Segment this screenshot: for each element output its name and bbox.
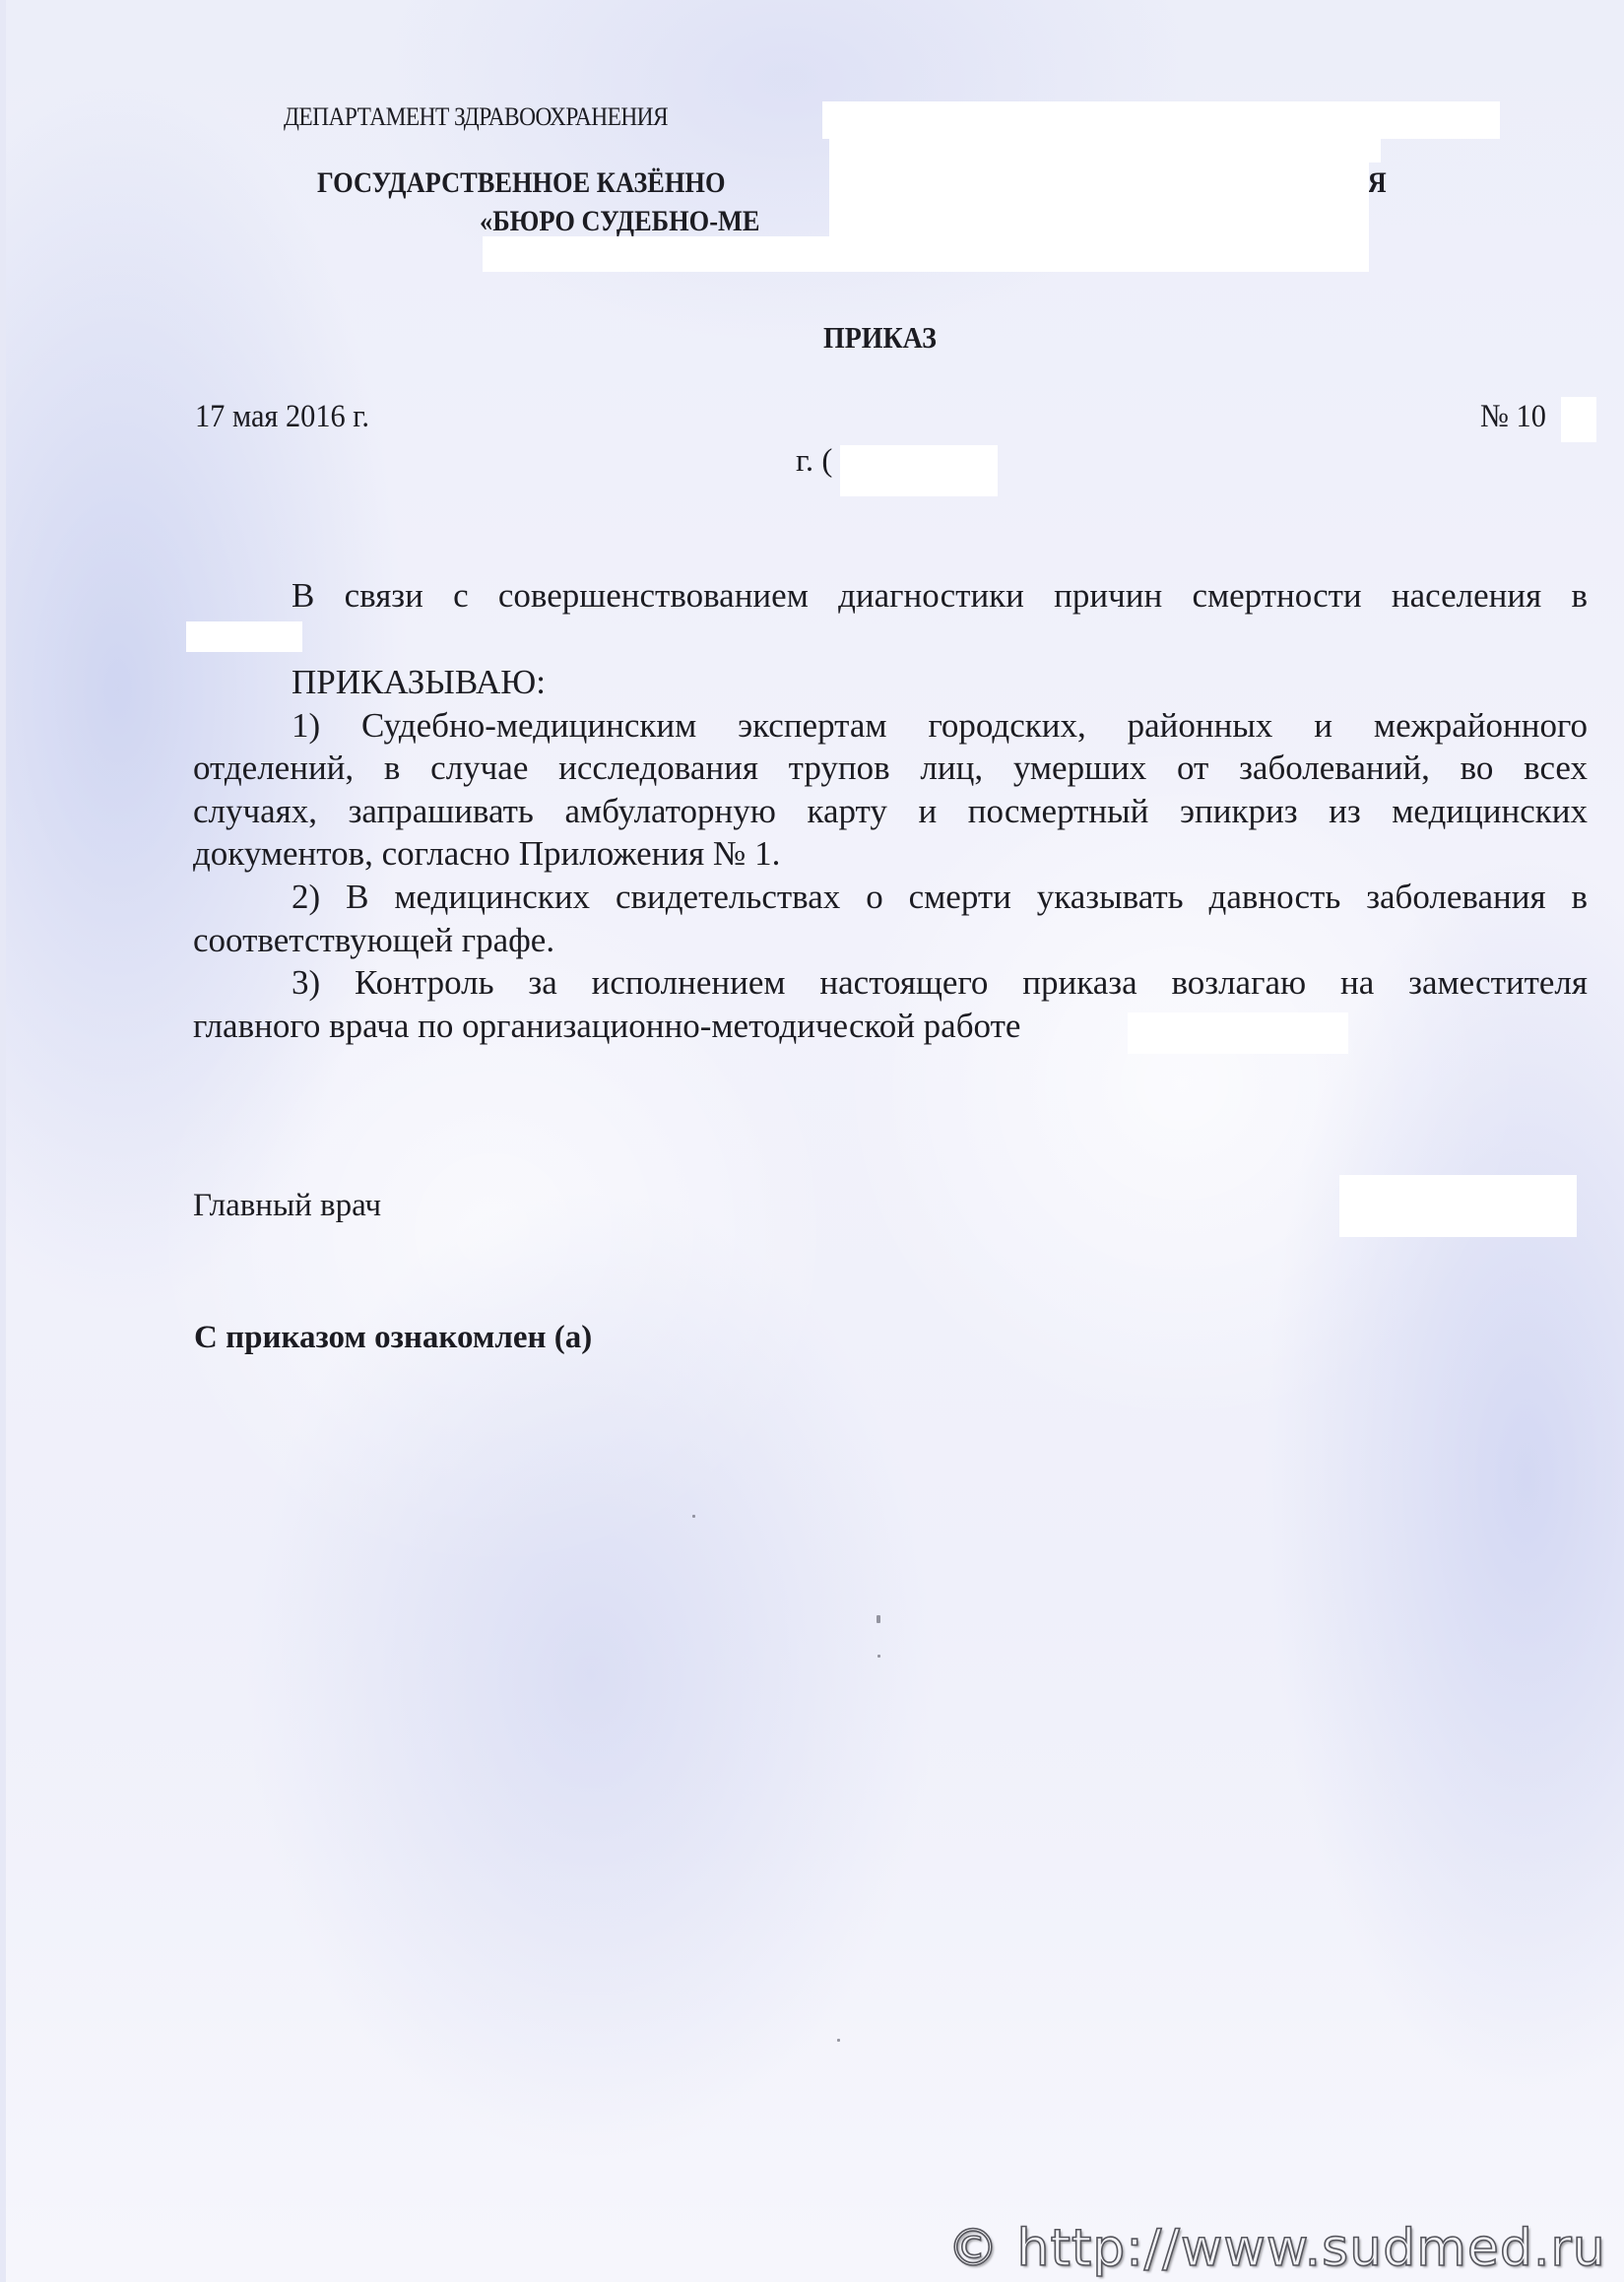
institution-line-1: ГОСУДАРСТВЕННОЕ КАЗЁННО <box>317 168 726 198</box>
item-line: 1) Судебно-медицинским экспертам городск… <box>193 704 1588 748</box>
order-word: ПРИКАЗЫВАЮ: <box>193 661 1588 704</box>
scan-speck <box>877 1655 880 1658</box>
order-body: ПРИКАЗЫВАЮ: 1) Судебно-медицинским экспе… <box>193 661 1588 1047</box>
redaction-box <box>1128 1012 1348 1054</box>
signature-redaction <box>1339 1175 1577 1237</box>
order-number: № 10 <box>1480 401 1546 433</box>
item-line: отделений, в случае исследования трупов … <box>193 747 1588 790</box>
item-line: документов, согласно Приложения № 1. <box>193 832 1588 876</box>
acknowledgement-label: С приказом ознакомлен (а) <box>194 1322 592 1354</box>
redaction-box <box>1561 397 1596 442</box>
redaction-box <box>829 158 1369 248</box>
redaction-box <box>483 236 1369 272</box>
scan-speck <box>877 1615 880 1623</box>
paper-edge <box>0 0 6 2282</box>
signatory-title: Главный врач <box>193 1190 381 1222</box>
preamble-paragraph: В связи с совершенствованием диагностики… <box>193 574 1588 618</box>
redaction-box <box>840 445 998 496</box>
scanned-paper-background <box>0 0 1624 2282</box>
department-line: ДЕПАРТАМЕНТ ЗДРАВООХРАНЕНИЯ <box>284 104 668 130</box>
order-date: 17 мая 2016 г. <box>195 401 369 433</box>
scan-speck <box>692 1515 695 1518</box>
redaction-box <box>822 101 1500 139</box>
preamble-line: В связи с совершенствованием диагностики… <box>193 574 1588 618</box>
item-line: 2) В медицинских свидетельствах о смерти… <box>193 876 1588 919</box>
item-line: 3) Контроль за исполнением настоящего пр… <box>193 961 1588 1005</box>
redaction-box <box>186 621 302 652</box>
institution-line-2: «БЮРО СУДЕБНО-МЕ <box>480 207 760 236</box>
watermark-url: © http://www.sudmed.ru <box>947 2219 1606 2278</box>
item-line: случаях, запрашивать амбулаторную карту … <box>193 790 1588 833</box>
scan-speck <box>837 2039 840 2042</box>
item-line: главного врача по организационно-методич… <box>193 1005 1588 1048</box>
order-city: г. ( <box>796 445 832 478</box>
document-title: ПРИКАЗ <box>823 322 937 353</box>
item-line: соответствующей графе. <box>193 919 1588 962</box>
